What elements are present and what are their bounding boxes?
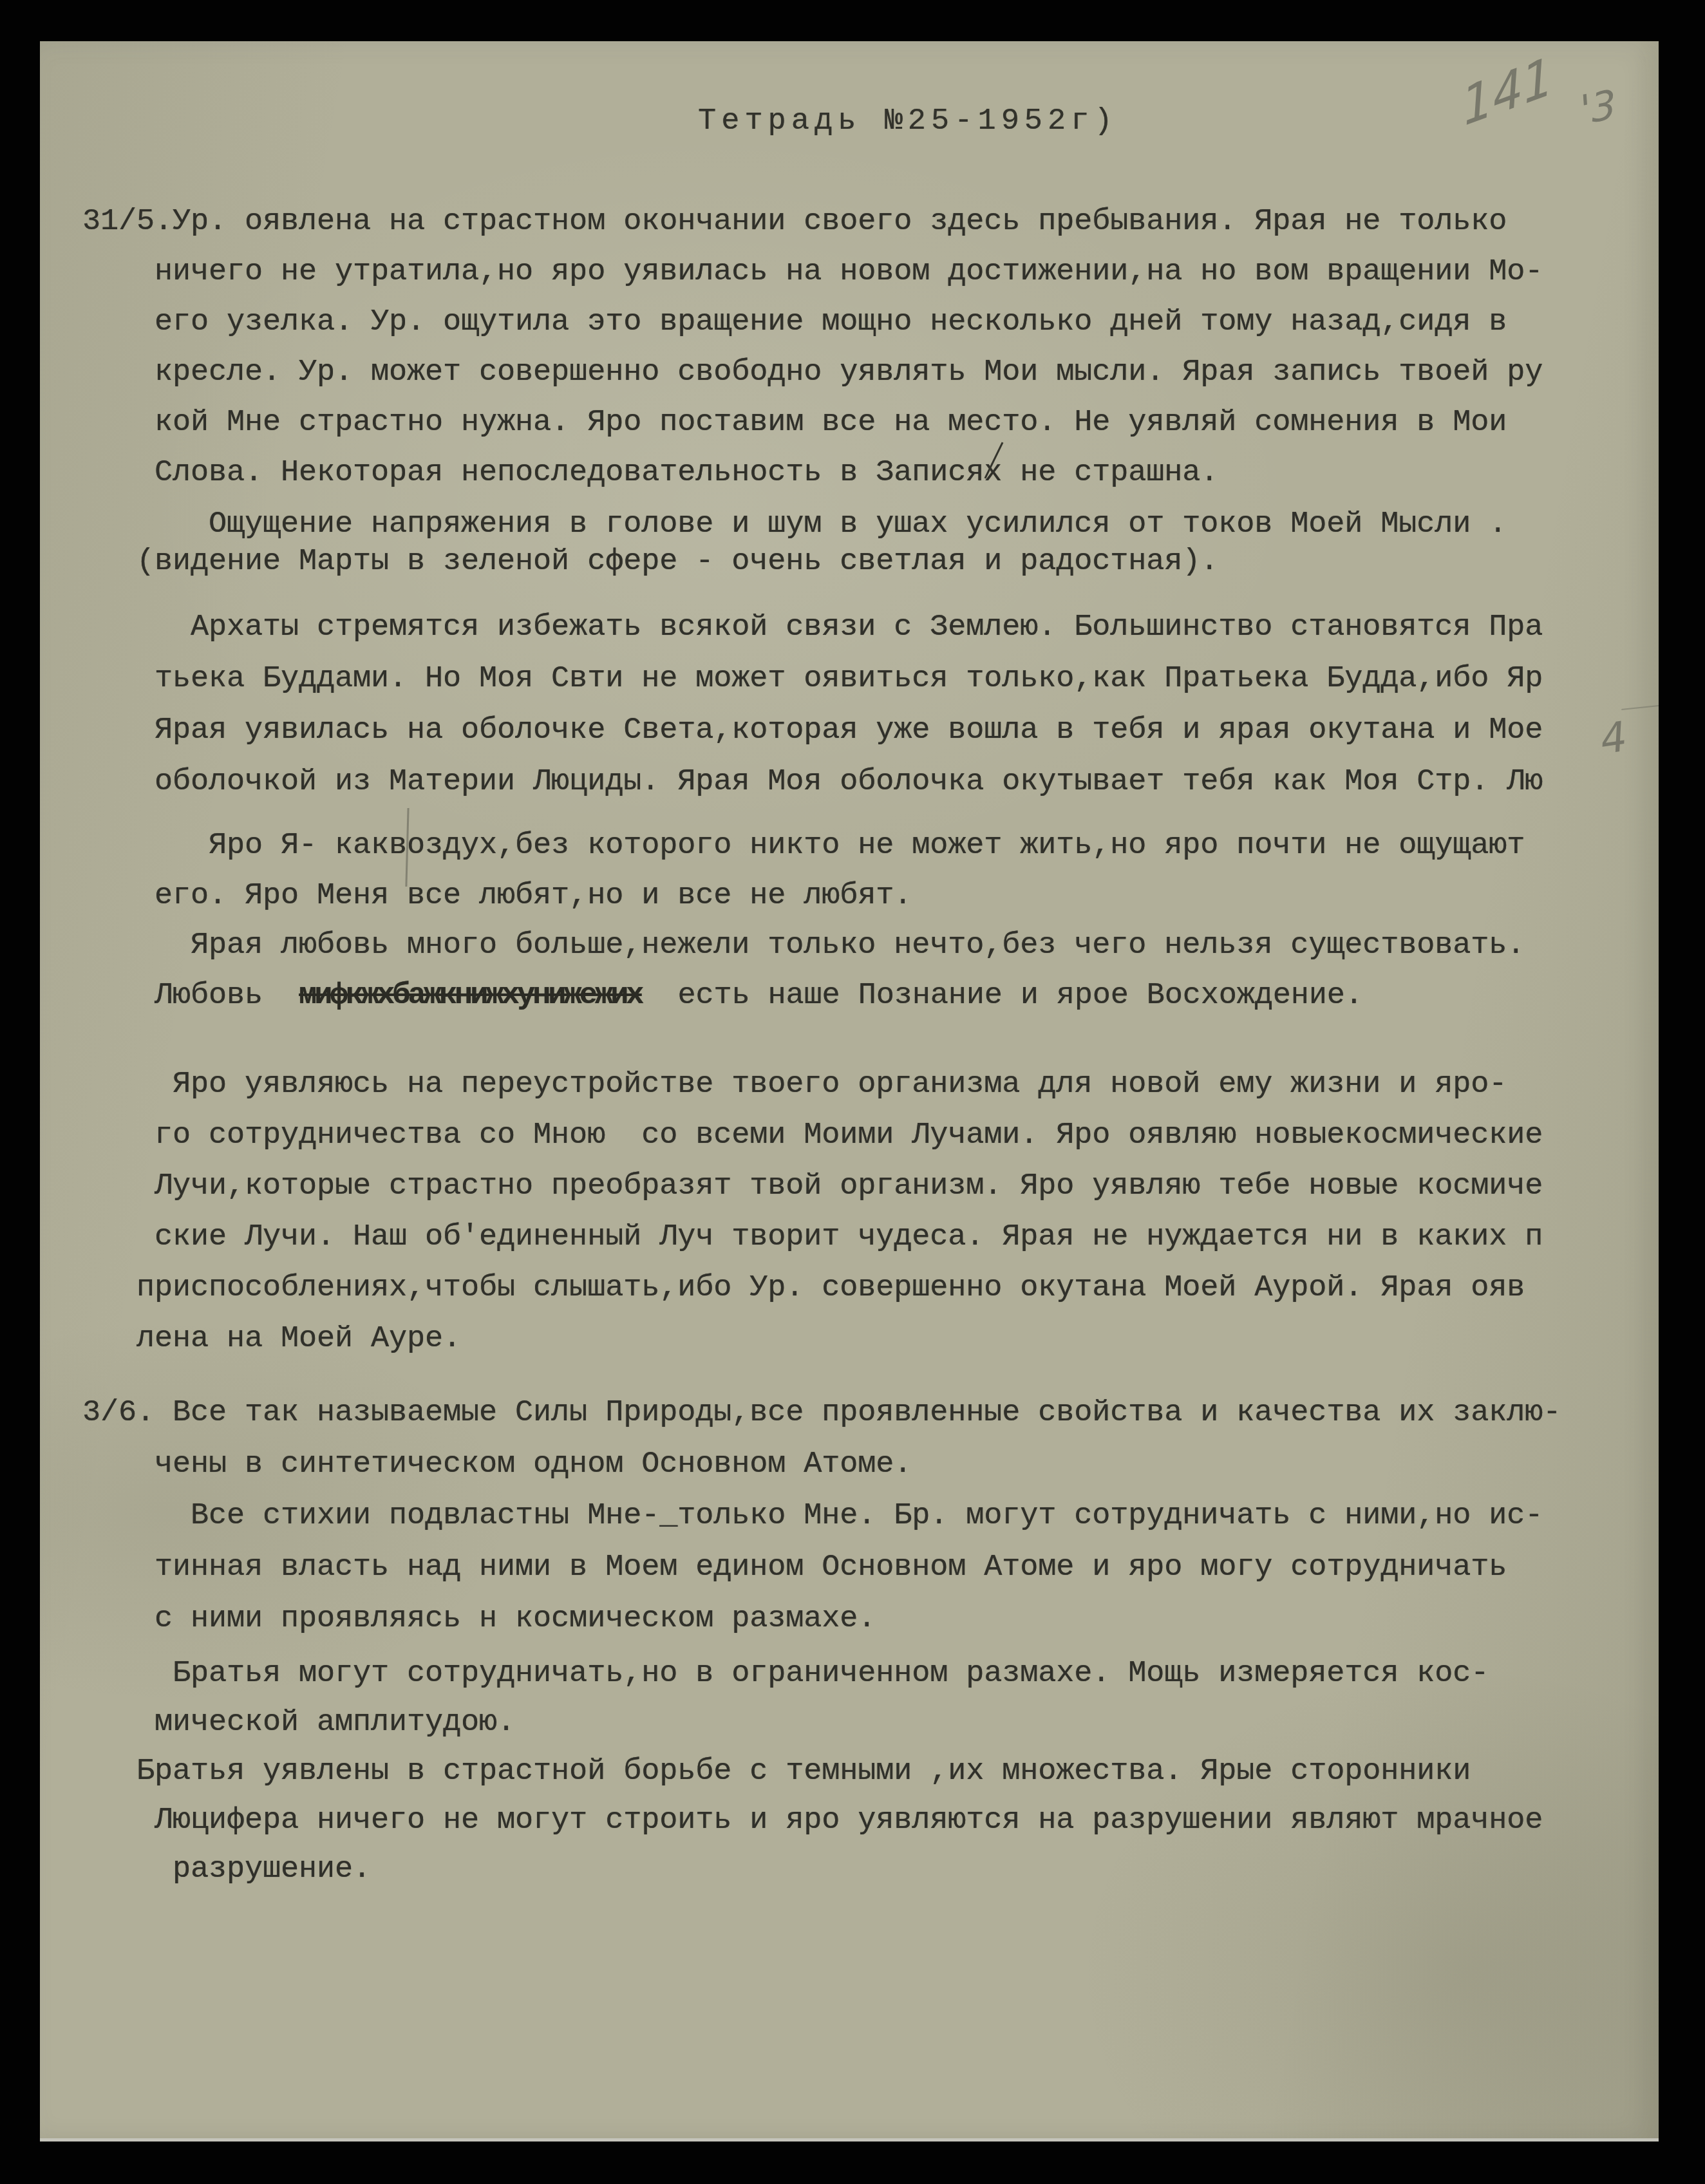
para-air: Яро Я- каквоздух,без которого никто не м… xyxy=(82,821,1525,921)
text-line: Братья уявлены в страстной борьбе с темн… xyxy=(82,1747,1543,1796)
text-segment: Люцифера ничего не могут строить и яро у… xyxy=(82,1803,1543,1838)
text-segment: кой Мне страстно нужна. Яро поставим все… xyxy=(82,406,1507,440)
text-segment: Ярая уявилась на оболочке Света,которая … xyxy=(82,713,1543,748)
text-line: Яро уявляюсь на переустройстве твоего ор… xyxy=(82,1059,1543,1110)
text-line: Ярая любовь много больше,нежели только н… xyxy=(82,921,1525,971)
text-segment: есть наше Познание и ярое Восхождение. xyxy=(642,979,1363,1013)
text-line: 3/6. Все так называемые Силы Природы,все… xyxy=(82,1388,1561,1439)
text-line: (видение Марты в зеленой сфере - очень с… xyxy=(82,543,1507,581)
text-line: Все стихии подвластны Мне-_только Мне. Б… xyxy=(82,1491,1561,1542)
text-segment: ские Лучи. Наш об'единенный Луч творит ч… xyxy=(82,1220,1543,1254)
text-line: Архаты стремятся избежать всякой связи с… xyxy=(82,602,1543,654)
text-line: Ощущение напряжения в голове и шум в уша… xyxy=(82,506,1507,543)
text-segment: ничего не утратила,но яро уявилась на но… xyxy=(82,255,1543,289)
text-segment: Все стихии подвластны Мне-_только Мне. Б… xyxy=(82,1499,1543,1533)
text-segment: Лучи,которые страстно преобразят твой ор… xyxy=(82,1169,1543,1203)
text-line: ничего не утратила,но яро уявилась на но… xyxy=(82,247,1543,297)
text-line: го сотрудничества со Мною со всеми Моими… xyxy=(82,1110,1543,1161)
text-segment: Яро Я- каквоздух,без которого никто не м… xyxy=(82,829,1525,863)
text-segment: Ощущение напряжения в голове и шум в уша… xyxy=(82,507,1507,541)
text-line: Яро Я- каквоздух,без которого никто не м… xyxy=(82,821,1525,871)
text-line: разрушение. xyxy=(82,1845,1543,1894)
text-segment: с ними проявляясь н космическом размахе. xyxy=(82,1602,876,1636)
text-blocks: 31/5.Ур. оявлена на страстном окончании … xyxy=(40,41,1659,2142)
text-line: Ярая уявилась на оболочке Света,которая … xyxy=(82,705,1543,757)
slashed-char: х xyxy=(984,448,1002,498)
text-segment: лена на Моей Ауре. xyxy=(82,1322,461,1356)
text-line: его. Яро Меня все любят,но и все не любя… xyxy=(82,871,1525,921)
para-arhats: Архаты стремятся избежать всякой связи с… xyxy=(82,602,1543,808)
text-segment: Архаты стремятся избежать всякой связи с… xyxy=(82,610,1543,645)
text-segment: Ярая любовь много больше,нежели только н… xyxy=(82,928,1525,963)
entry-3-6: 3/6. Все так называемые Силы Природы,все… xyxy=(82,1388,1561,1645)
text-segment: оболочкой из Материи Люциды. Ярая Моя об… xyxy=(82,765,1543,799)
paper-bottom-edge xyxy=(40,2138,1659,2142)
text-segment: 3/6. Все так называемые Силы Природы,все… xyxy=(82,1396,1561,1430)
text-segment: Любовь xyxy=(82,979,299,1013)
para-brothers: Братья могут сотрудничать,но в ограничен… xyxy=(82,1650,1543,1894)
text-segment: Слова. Некоторая непоследовательность в … xyxy=(82,456,984,490)
text-segment: приспособлениях,чтобы слышать,ибо Ур. со… xyxy=(82,1271,1525,1305)
text-segment: Яро уявляюсь на переустройстве твоего ор… xyxy=(82,1068,1507,1102)
struck-text: мифкжхбажкнижхунижежих xyxy=(299,979,642,1013)
text-segment: (видение Марты в зеленой сфере - очень с… xyxy=(82,545,1218,579)
text-segment: Братья могут сотрудничать,но в ограничен… xyxy=(82,1657,1489,1691)
text-line: с ними проявляясь н космическом размахе. xyxy=(82,1594,1561,1645)
para-reorganization: Яро уявляюсь на переустройстве твоего ор… xyxy=(82,1059,1543,1364)
text-line: Люцифера ничего не могут строить и яро у… xyxy=(82,1796,1543,1845)
text-line: оболочкой из Материи Люциды. Ярая Моя об… xyxy=(82,757,1543,808)
text-line: кресле. Ур. может совершенно свободно уя… xyxy=(82,348,1543,398)
text-line: его узелка. Ур. ощутила это вращение мощ… xyxy=(82,297,1543,348)
text-line: тинная власть над ними в Моем едином Осн… xyxy=(82,1542,1561,1594)
text-line: ские Лучи. Наш об'единенный Луч творит ч… xyxy=(82,1212,1543,1263)
text-segment: не страшна. xyxy=(1002,456,1218,490)
text-segment: мической амплитудою. xyxy=(82,1706,515,1740)
text-segment: Братья уявлены в страстной борьбе с темн… xyxy=(82,1755,1471,1789)
text-line: Братья могут сотрудничать,но в ограничен… xyxy=(82,1650,1543,1699)
text-segment: его. Яро Меня все любят,но и все не любя… xyxy=(82,879,912,913)
text-segment: тинная власть над ними в Моем едином Осн… xyxy=(82,1550,1507,1585)
text-segment: разрушение. xyxy=(82,1852,371,1887)
para-sensation: Ощущение напряжения в голове и шум в уша… xyxy=(82,506,1507,581)
text-line: 31/5.Ур. оявлена на страстном окончании … xyxy=(82,197,1543,247)
para-love: Ярая любовь много больше,нежели только н… xyxy=(82,921,1525,1021)
text-segment: его узелка. Ур. ощутила это вращение мощ… xyxy=(82,305,1507,339)
text-line: приспособлениях,чтобы слышать,ибо Ур. со… xyxy=(82,1263,1543,1313)
text-segment: тьека Буддами. Но Моя Свти не может ояви… xyxy=(82,662,1543,696)
scan-background: 141 '3 Тетрадь №25-1952г) 31/5.Ур. оявле… xyxy=(0,0,1705,2184)
text-line: Лучи,которые страстно преобразят твой ор… xyxy=(82,1161,1543,1212)
text-segment: кресле. Ур. может совершенно свободно уя… xyxy=(82,355,1543,390)
text-line: чены в синтетическом одном Основном Атом… xyxy=(82,1439,1561,1491)
text-line: тьека Буддами. Но Моя Свти не может ояви… xyxy=(82,654,1543,705)
text-line: кой Мне страстно нужна. Яро поставим все… xyxy=(82,398,1543,448)
document-page: 141 '3 Тетрадь №25-1952г) 31/5.Ур. оявле… xyxy=(40,41,1659,2142)
text-line: Слова. Некоторая непоследовательность в … xyxy=(82,448,1543,498)
entry-31-5: 31/5.Ур. оявлена на страстном окончании … xyxy=(82,197,1543,498)
text-segment: чены в синтетическом одном Основном Атом… xyxy=(82,1447,912,1482)
text-segment: 31/5.Ур. оявлена на страстном окончании … xyxy=(82,205,1507,239)
text-segment: го сотрудничества со Мною со всеми Моими… xyxy=(82,1118,1543,1153)
text-line: мической амплитудою. xyxy=(82,1699,1543,1747)
text-line: Любовь мифкжхбажкнижхунижежих есть наше … xyxy=(82,971,1525,1021)
text-line: лена на Моей Ауре. xyxy=(82,1313,1543,1364)
